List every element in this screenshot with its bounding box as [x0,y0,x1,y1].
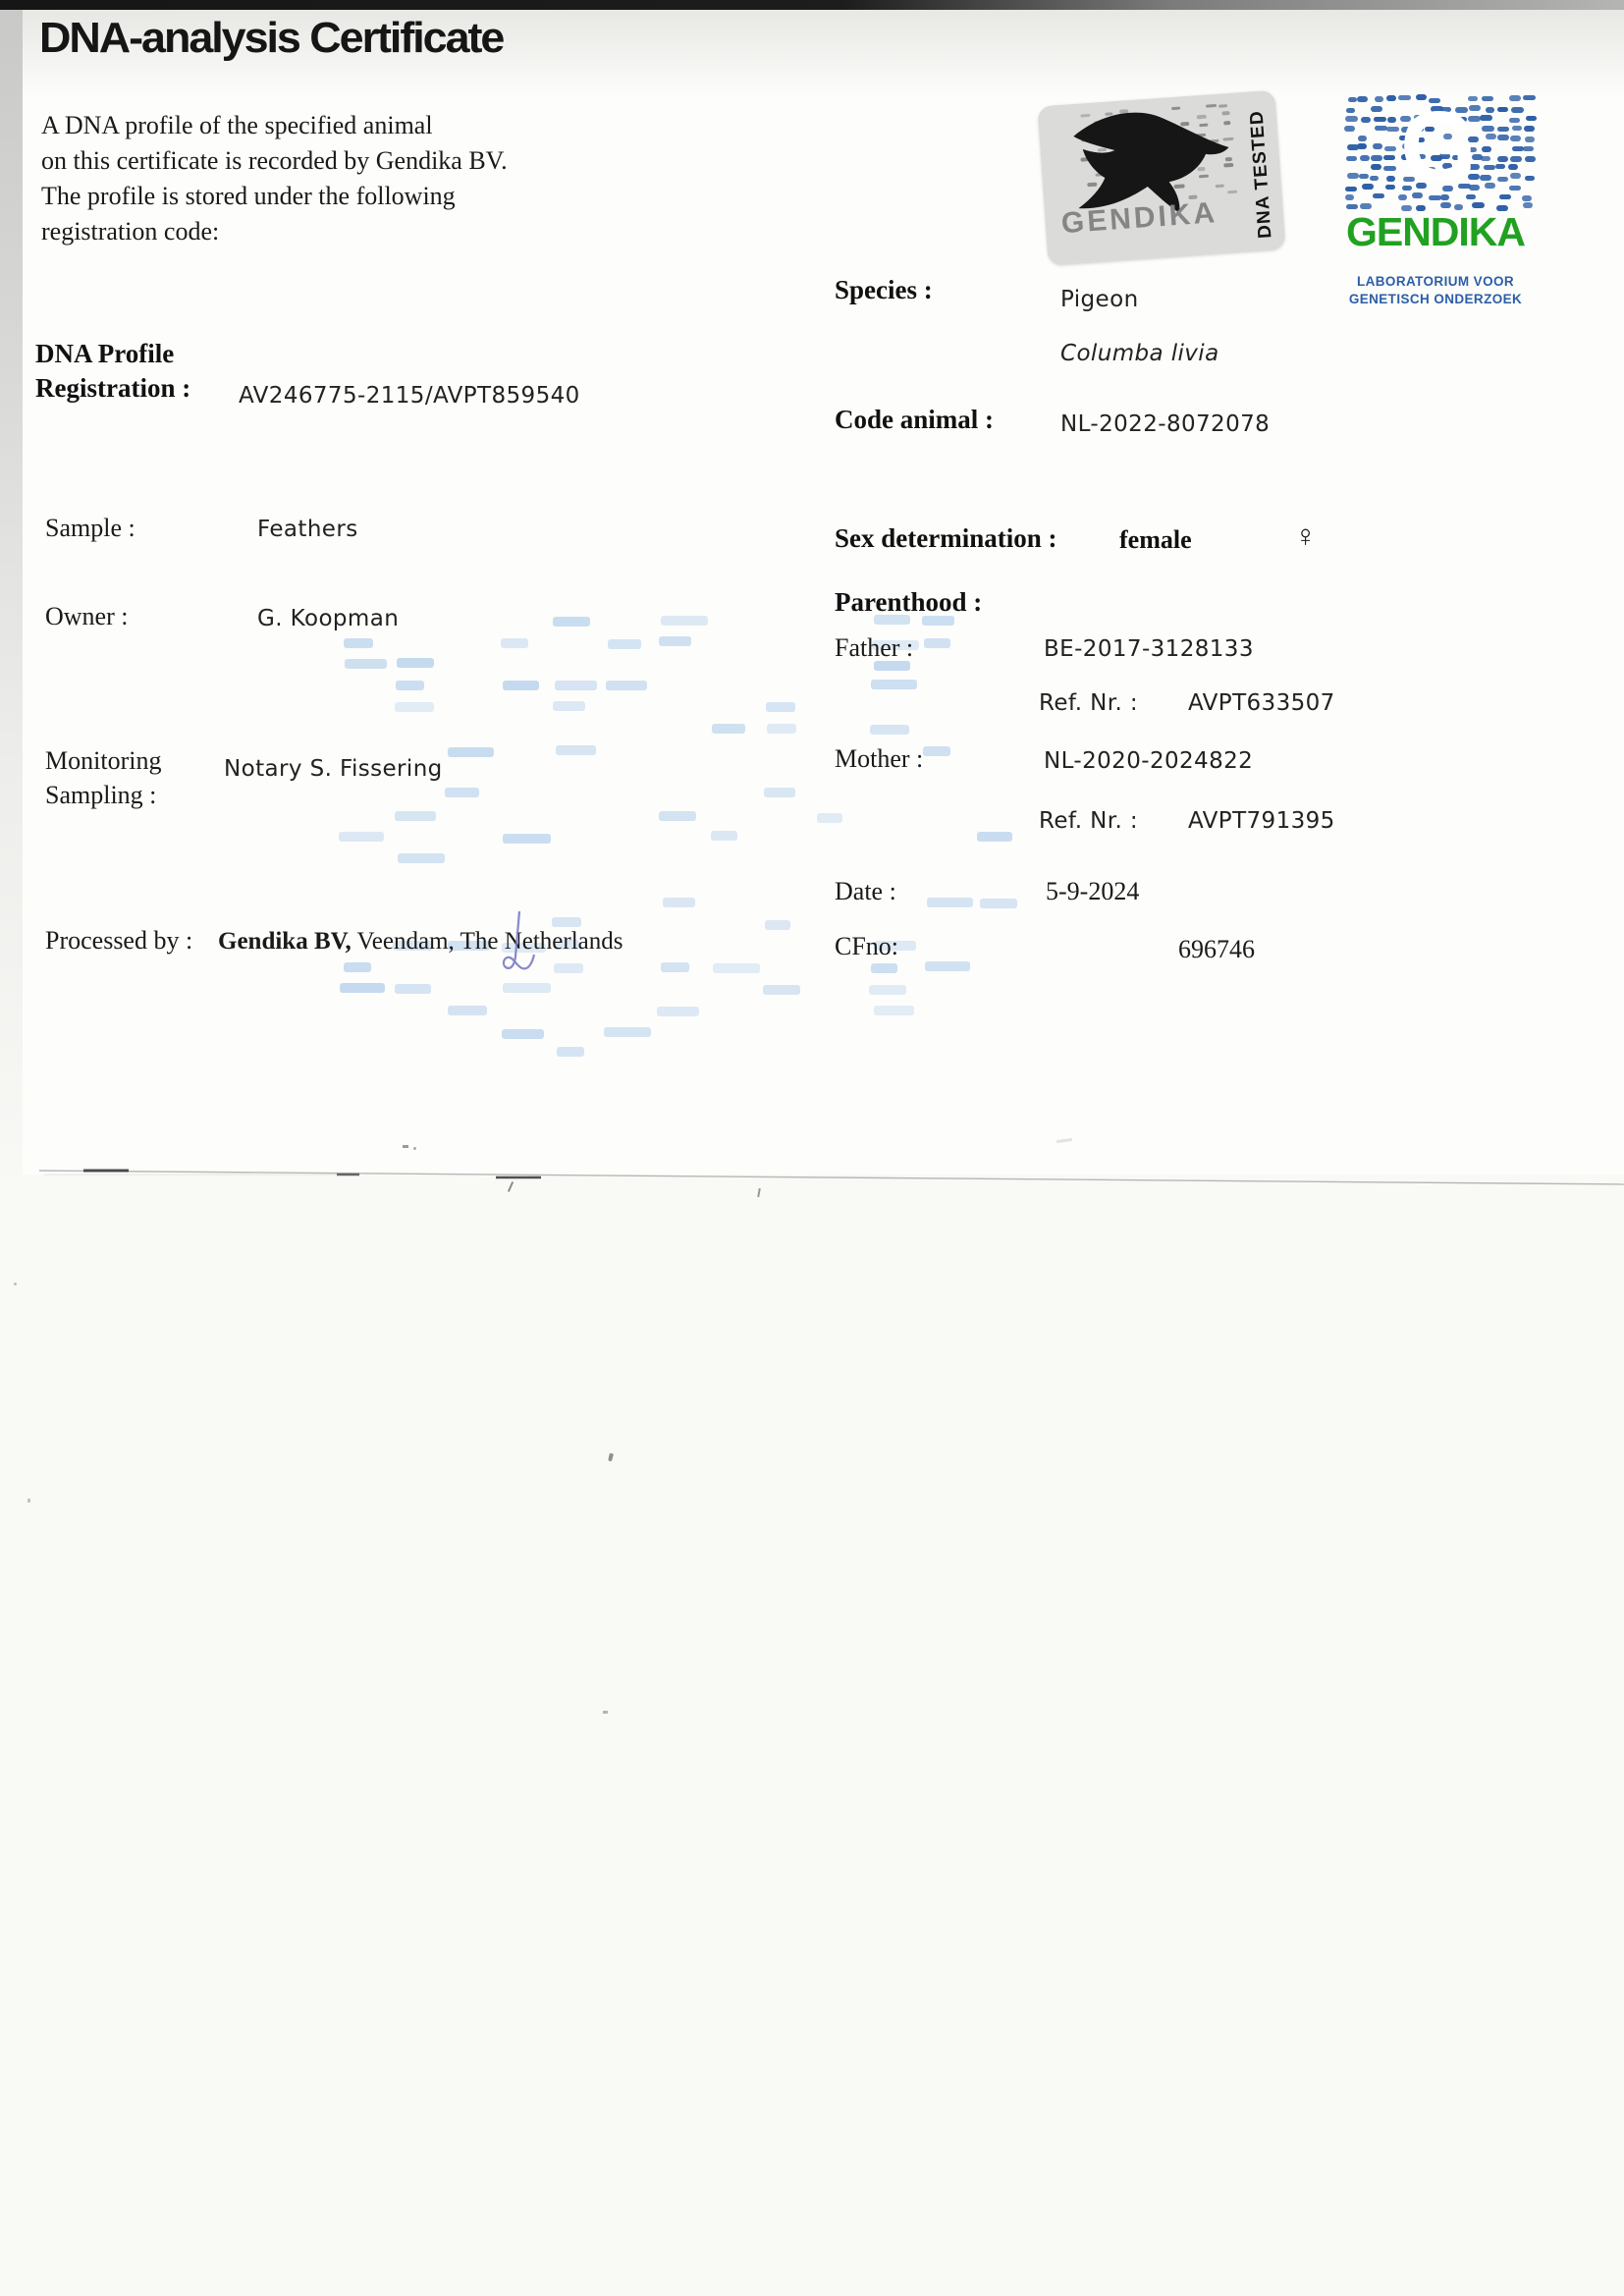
date-value: 5-9-2024 [1046,877,1139,906]
intro-paragraph: A DNA profile of the specified animal on… [41,108,508,249]
gel-band [503,834,551,844]
father-ref-label: Ref. Nr. : [1039,690,1138,716]
gel-band [608,639,640,649]
date-label: Date : [835,877,896,906]
father-label: Father : [835,633,913,663]
watermark-band-area [339,615,1026,1059]
dna-gel-watermark [0,0,1624,2296]
intro-line: on this certificate is recorded by Gendi… [41,143,508,179]
sample-value: Feathers [257,517,358,542]
gendika-logo-subline1: LABORATORIUM VOOR [1327,274,1543,289]
gel-band [395,811,436,821]
gel-band [503,983,551,993]
gel-band [977,832,1012,842]
parenthood-label: Parenthood : [835,587,982,618]
mother-ref-value: AVPT791395 [1188,808,1335,834]
intro-line: The profile is stored under the followin… [41,179,508,214]
gel-band [395,702,434,712]
gel-band [764,788,796,797]
processed-by-location: Veendam, The Netherlands [352,928,623,955]
sex-determination-value: female [1119,525,1192,555]
father-ref-value: AVPT633507 [1188,690,1335,716]
gel-band [398,853,446,863]
intro-line: A DNA profile of the specified animal [41,108,508,143]
species-latin-name: Columba livia [1060,341,1219,366]
gendika-logo-subline2: GENETISCH ONDERZOEK [1327,292,1543,306]
gel-band [344,638,373,648]
gel-band [344,962,371,972]
species-value: Pigeon [1060,287,1139,312]
code-animal-value: NL-2022-8072078 [1060,411,1270,437]
gel-band [870,725,909,735]
dna-profile-label-line1: DNA Profile [35,339,174,369]
gel-band [659,636,691,646]
mother-ring-number: NL-2020-2024822 [1044,748,1253,774]
gel-band [339,832,384,842]
scan-speck [27,1499,30,1503]
gel-band [763,985,800,995]
gel-band [396,681,423,690]
gel-band [924,638,949,648]
gel-band [713,963,760,973]
code-animal-label: Code animal : [835,405,994,435]
female-symbol-icon: ♀ [1294,519,1317,554]
dna-profile-label-line2: Registration : [35,373,190,404]
gel-band [501,638,527,648]
scan-speck [403,1145,408,1148]
gel-band [604,1027,651,1037]
owner-label: Owner : [45,602,128,631]
gel-band [766,702,795,712]
gel-band [448,1006,487,1015]
gel-band [871,963,897,973]
gel-band [555,681,597,690]
gel-band [557,1047,584,1057]
gel-band [340,983,385,993]
gel-band [925,961,971,971]
gel-band [663,898,695,907]
dna-tested-hologram-sticker: GENDIKA DNA TESTED [1038,90,1286,265]
gel-band [502,1029,544,1039]
gendika-logo-brand-text: GENDIKA [1333,209,1538,255]
scan-speck [603,1711,608,1714]
gel-band [765,920,791,930]
gel-band [659,811,696,821]
gel-band [553,701,585,711]
processed-by-company: Gendika BV, [218,928,352,955]
cfno-label: CFno: [835,932,898,961]
sex-determination-label: Sex determination : [835,523,1056,554]
gel-band [874,1006,914,1015]
gel-band [661,616,707,626]
cfno-value: 696746 [1178,935,1255,964]
gel-band [395,984,431,994]
paper-edge-line [0,1157,1624,1202]
mother-ref-label: Ref. Nr. : [1039,808,1138,834]
monitoring-label-line1: Monitoring [45,746,161,776]
gel-band [657,1007,699,1016]
gel-band [503,681,539,690]
gel-band [397,658,434,668]
scan-speck [14,1283,17,1285]
gel-band [817,813,842,823]
gel-band [980,899,1017,908]
mother-label: Mother : [835,744,923,774]
gel-band [606,681,647,690]
gel-band [553,617,591,627]
species-label: Species : [835,275,933,305]
gendika-logo-letter: G [1342,82,1535,210]
dna-profile-registration-value: AV246775-2115/AVPT859540 [239,383,580,409]
gel-band [767,724,796,734]
gel-band [923,746,950,756]
sample-label: Sample : [45,514,135,543]
scanned-certificate-page: DNA-analysis Certificate A DNA profile o… [0,0,1624,2296]
gel-band [556,745,596,755]
gel-band [927,898,972,907]
gel-band [345,659,387,669]
gel-band [661,962,689,972]
owner-value: G. Koopman [257,606,399,631]
scan-speck [413,1147,416,1150]
page-title: DNA-analysis Certificate [39,14,503,63]
gel-band [712,724,745,734]
father-ring-number: BE-2017-3128133 [1044,636,1254,662]
gel-band [711,831,738,841]
gel-band [445,788,479,797]
gel-band [869,985,906,995]
intro-line: registration code: [41,214,508,249]
pen-signature-mark [496,905,565,979]
gel-band [871,680,917,689]
monitoring-label-line2: Sampling : [45,781,156,810]
processed-by-label: Processed by : [45,926,192,956]
monitoring-value: Notary S. Fissering [224,756,443,782]
gel-band [448,747,494,757]
